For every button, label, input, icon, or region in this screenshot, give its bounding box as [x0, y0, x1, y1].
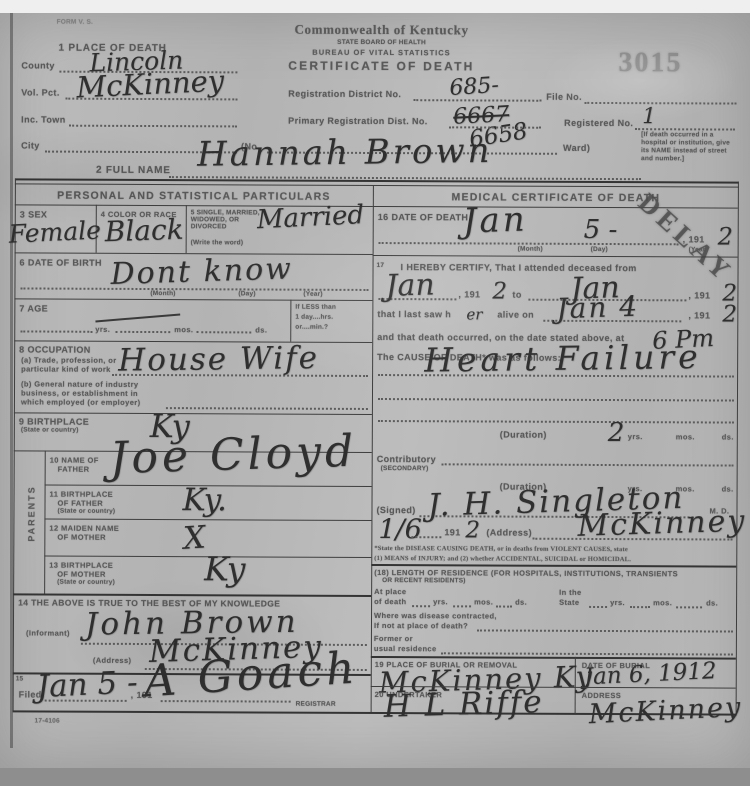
signed-address-value: McKinney — [577, 504, 747, 544]
occupation-b-label-3: which employed (or employer) — [21, 397, 141, 407]
file-no-label: File No. — [546, 92, 582, 102]
dod-day-label: (Day) — [591, 246, 608, 253]
instate-line-2 — [630, 604, 650, 608]
age-value-stroke — [95, 313, 180, 322]
undertaker-value: H L Riffe — [383, 684, 544, 725]
certificate-title: CERTIFICATE OF DEATH — [256, 58, 506, 73]
certify-from-value: Jan — [385, 267, 435, 303]
header-center: Commonwealth of Kentucky STATE BOARD OF … — [256, 21, 506, 73]
certify-from-year-printed: , 191 — [458, 289, 480, 299]
contracted-label-1: Where was disease contracted, — [374, 611, 497, 621]
mother-name-label-2: OF MOTHER — [57, 533, 106, 542]
instate-line-3 — [676, 604, 702, 608]
atplace-ds: ds. — [515, 598, 527, 607]
certify-number: 17 — [377, 262, 385, 269]
commonwealth-title: Commonwealth of Kentucky — [257, 21, 507, 38]
informant-address-label: (Address) — [93, 656, 132, 665]
vol-pct-label: Vol. Pct. — [21, 87, 59, 97]
contributory-line — [442, 461, 734, 466]
dob-day-label: (Day) — [238, 290, 255, 297]
primary-registration-value: 6667 — [453, 102, 510, 130]
signed-date-line — [411, 534, 441, 538]
burial-date-value: Jan 6, 1912 — [583, 658, 717, 690]
contracted-line — [477, 627, 733, 632]
state-board-subtitle: STATE BOARD OF HEALTH — [257, 38, 507, 46]
contributory-label: Contributory — [377, 454, 436, 464]
alive-on-label: alive on — [497, 310, 534, 320]
dod-line — [379, 240, 679, 245]
occupation-b-label-2: business, or establishment in — [21, 388, 138, 398]
age-mos-label: mos. — [174, 325, 193, 334]
father-birthplace-label-2: OF FATHER — [57, 499, 103, 508]
cause-line-2 — [378, 396, 734, 402]
inc-town-line — [69, 123, 237, 128]
form-code-top: FORM V. S. — [57, 19, 93, 26]
father-name-label-1: 10 NAME OF — [50, 456, 99, 465]
rule-under-father-bp — [44, 519, 371, 521]
parents-label: PARENTS — [26, 483, 36, 543]
age-line-2 — [115, 329, 170, 333]
age-less-note-1: If LESS than — [295, 304, 336, 311]
registered-no-label: Registered No. — [564, 118, 633, 128]
age-box-divider — [290, 300, 291, 342]
mother-birthplace-value: Ky — [204, 549, 245, 588]
footnote-line-1: *State the DISEASE CAUSING DEATH, or in … — [374, 545, 628, 553]
residence-header-2: OR RECENT RESIDENTS) — [382, 577, 465, 584]
birthplace-sublabel: (State or country) — [21, 426, 79, 433]
full-name-label: 2 FULL NAME — [96, 165, 171, 176]
age-less-note-2: 1 day....hrs. — [295, 314, 333, 321]
full-name-value: Hannah Brown — [197, 131, 493, 175]
duration-mos-label: mos. — [676, 432, 695, 441]
signed-year-value: 2 — [465, 517, 480, 543]
occupation-a-label-1: (a) Trade, profession, or — [21, 355, 116, 364]
filed-number: 15 — [16, 675, 24, 682]
race-value: Black — [104, 213, 184, 248]
dod-year-value: 2 — [718, 222, 733, 250]
at-place-label-1: At place — [374, 587, 406, 596]
bureau-subtitle: BUREAU OF VITAL STATISTICS — [256, 47, 506, 57]
rule-under-occupation — [14, 412, 372, 415]
certify-to-label: to — [512, 290, 521, 300]
dob-year-label: (Year) — [303, 291, 322, 298]
duration-ds-label: ds. — [722, 433, 734, 442]
duration2-ds-label: ds. — [722, 485, 734, 494]
rule-under-dob — [14, 298, 372, 301]
atplace-line-1 — [412, 603, 430, 607]
father-birthplace-sublabel: (State or country) — [57, 508, 115, 515]
last-saw-value: Jan 4 — [556, 290, 640, 326]
last-saw-label: that I last saw h — [377, 309, 451, 319]
registration-district-value: 685- — [449, 73, 500, 101]
mother-birthplace-label-1: 13 BIRTHPLACE — [49, 561, 113, 570]
informant-label: (Informant) — [26, 628, 70, 637]
atplace-line-3 — [496, 604, 512, 608]
rule-under-parents — [13, 593, 371, 597]
age-line-1 — [20, 328, 92, 332]
secondary-label: (SECONDARY) — [381, 465, 429, 472]
age-less-note-3: or....min.? — [295, 324, 328, 331]
last-saw-year-value: 2 — [722, 302, 737, 328]
parents-strip-divider — [44, 451, 46, 594]
registrar-label: REGISTRAR — [296, 701, 336, 708]
atplace-yrs: yrs. — [433, 597, 448, 606]
last-saw-year-printed: , 191 — [688, 310, 710, 320]
birthplace-label: 9 BIRTHPLACE — [19, 416, 89, 426]
form-code-bottom: 17-4106 — [35, 718, 60, 725]
dod-month-value: Jan — [462, 200, 528, 242]
marital-value: Married — [256, 200, 365, 235]
dod-year-label: (Year) — [689, 246, 708, 253]
hospital-note: [If death occurred in a hospital or inst… — [641, 131, 737, 163]
dod-month-label: (Month) — [518, 246, 543, 253]
mother-birthplace-sublabel: (State or country) — [57, 579, 115, 586]
filed-date-value: Jan 5 - — [36, 664, 138, 705]
rule-under-dod — [373, 255, 738, 258]
age-ds-label: ds. — [255, 325, 267, 334]
death-certificate-scan: FORM V. S. Commonwealth of Kentucky STAT… — [0, 0, 750, 786]
former-label-1: Former or — [374, 634, 413, 643]
instate-mos: mos. — [653, 598, 672, 607]
certificate-content: FORM V. S. Commonwealth of Kentucky STAT… — [0, 0, 750, 786]
occupation-label: 8 OCCUPATION — [19, 344, 91, 354]
instate-yrs: yrs. — [610, 598, 625, 607]
sex-value: Female — [8, 215, 101, 248]
county-label: County — [21, 60, 54, 70]
atplace-mos: mos. — [474, 597, 493, 606]
city-label: City — [21, 140, 40, 150]
age-line-3 — [196, 329, 251, 333]
father-birthplace-value: Ky. — [182, 482, 227, 518]
at-place-label-2: of death — [374, 597, 406, 606]
vol-pct-value: McKinney — [76, 63, 225, 104]
dod-day-value: 5 - — [584, 215, 618, 245]
dod-year-printed: , 191 — [683, 234, 705, 244]
instate-line-1 — [589, 604, 607, 608]
father-name-value: Joe Cloyd — [109, 426, 358, 485]
registration-district-label: Registration District No. — [288, 89, 401, 99]
occupation-a-label-2: particular kind of work — [21, 364, 111, 373]
duration-yrs-label: yrs. — [628, 432, 643, 441]
footnote-line-2: (1) MEANS of INJURY; and (2) whether ACC… — [374, 555, 631, 563]
dod-label: 16 DATE OF DEATH — [378, 212, 469, 222]
mother-name-value: X — [182, 520, 206, 557]
inc-town-label: Inc. Town — [21, 114, 65, 124]
signed-date-value: 1/6 — [378, 514, 422, 545]
rule-under-medical-title — [373, 206, 738, 209]
registered-no-value: 1 — [642, 104, 656, 129]
occupation-b-line — [166, 405, 368, 410]
in-the-label-2: State — [559, 598, 579, 607]
atplace-line-2 — [453, 603, 471, 607]
mother-birthplace-label-2: OF MOTHER — [57, 570, 106, 579]
father-name-label-2: FATHER — [58, 465, 90, 474]
certify-to-year-printed: , 191 — [688, 290, 710, 300]
occupation-b-label-1: (b) General nature of industry — [21, 379, 138, 389]
instate-ds: ds. — [706, 598, 718, 607]
cause-line-3 — [378, 418, 734, 424]
age-label: 7 AGE — [19, 303, 48, 313]
personal-section-title: PERSONAL AND STATISTICAL PARTICULARS — [15, 189, 373, 203]
dob-label: 6 DATE OF BIRTH — [20, 257, 102, 267]
certify-from-year-value: 2 — [492, 279, 507, 305]
mother-name-label-1: 12 MAIDEN NAME — [49, 524, 119, 533]
file-no-line — [584, 100, 736, 105]
primary-registration-label: Primary Registration Dist. No. — [288, 116, 428, 127]
signed-address-label: (Address) — [486, 527, 532, 537]
ward-label: Ward) — [563, 143, 590, 153]
race-marital-divider — [186, 205, 187, 253]
last-saw-her-value: er — [466, 305, 482, 323]
former-line — [441, 650, 733, 655]
occupation-a-value: House Wife — [118, 340, 319, 379]
age-yrs-label: yrs. — [95, 325, 110, 334]
father-birthplace-label-1: 11 BIRTHPLACE — [50, 490, 114, 499]
duration-label-1: (Duration) — [500, 430, 547, 440]
double-rule-top-2 — [15, 183, 739, 187]
rule-above-residence — [371, 564, 736, 568]
former-label-2: usual residence — [374, 644, 437, 653]
in-the-label-1: In the — [559, 588, 581, 597]
signed-year-printed: 191 — [444, 527, 460, 537]
contracted-label-2: If not at place of death? — [374, 621, 468, 630]
file-stamp-number: 3015 — [618, 47, 682, 79]
table-right-border — [736, 182, 739, 715]
duration-value: 2 — [608, 418, 625, 448]
dob-month-label: (Month) — [150, 290, 175, 297]
medical-section-title: MEDICAL CERTIFICATE OF DEATH — [373, 191, 739, 205]
table-left-border — [13, 178, 16, 711]
marital-sublabel: (Write the word) — [191, 239, 244, 246]
